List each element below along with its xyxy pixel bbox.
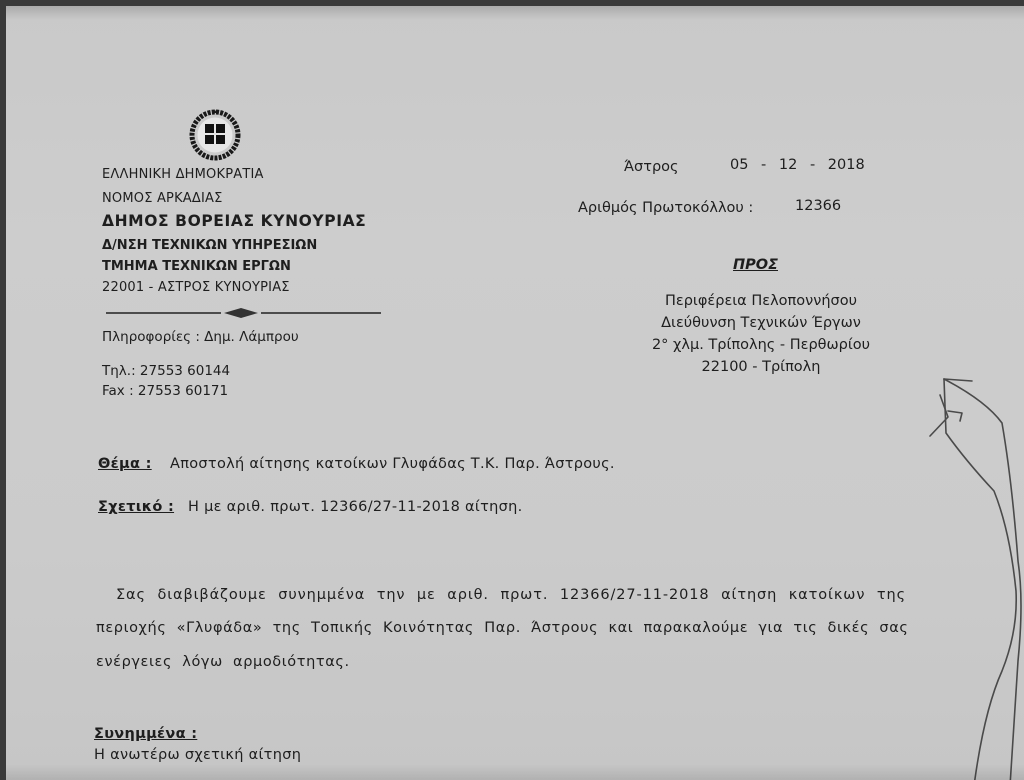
header-municipality: ΔΗΜΟΣ ΒΟΡΕΙΑΣ ΚΥΝΟΥΡΙΑΣ — [102, 212, 366, 230]
body-line: Σας διαβιβάζουμε συνημμένα την με αριθ. … — [116, 587, 906, 603]
header-directorate: Δ/ΝΣΗ ΤΕΧΝΙΚΩΝ ΥΠΗΡΕΣΙΩΝ — [102, 238, 317, 253]
fax-number: Fax : 27553 60171 — [102, 383, 228, 399]
body-line: περιοχής «Γλυφάδα» της Τοπικής Κοινότητα… — [96, 620, 909, 636]
attachments-label: Συνημμένα : — [94, 726, 197, 742]
recipient-line: Διεύθυνση Τεχνικών Έργων — [611, 315, 911, 331]
recipient-line: 22100 - Τρίπολη — [611, 359, 911, 375]
place: Άστρος — [624, 159, 679, 175]
greek-state-emblem-icon — [188, 108, 242, 162]
body-line: ενέργειες λόγω αρμοδιότητας. — [96, 654, 350, 670]
phone-number: Τηλ.: 27553 60144 — [102, 363, 230, 379]
reference-text: Η με αριθ. πρωτ. 12366/27-11-2018 αίτηση… — [188, 499, 523, 515]
protocol-number: 12366 — [795, 198, 841, 214]
subject-text: Αποστολή αίτησης κατοίκων Γλυφάδας Τ.Κ. … — [170, 456, 615, 472]
hand-drawn-arrow-icon — [906, 361, 1024, 780]
recipient-heading: ΠΡΟΣ — [733, 257, 778, 273]
subject-label: Θέμα : — [98, 456, 152, 472]
header-country: ΕΛΛΗΝΙΚΗ ΔΗΜΟΚΡΑΤΙΑ — [102, 167, 264, 182]
date: 05 - 12 - 2018 — [730, 157, 865, 173]
protocol-label: Αριθμός Πρωτοκόλλου : — [578, 200, 753, 216]
recipient-line: Περιφέρεια Πελοποννήσου — [611, 293, 911, 309]
recipient-line: 2° χλμ. Τρίπολης - Περθωρίου — [611, 337, 911, 353]
document-page: ΕΛΛΗΝΙΚΗ ΔΗΜΟΚΡΑΤΙΑ ΝΟΜΟΣ ΑΡΚΑΔΙΑΣ ΔΗΜΟΣ… — [6, 6, 1024, 780]
header-prefecture: ΝΟΜΟΣ ΑΡΚΑΔΙΑΣ — [102, 191, 223, 206]
page-fold-shadow — [6, 764, 1024, 780]
info-contact: Πληροφορίες : Δημ. Λάμπρου — [102, 329, 299, 345]
header-department: ΤΜΗΜΑ ΤΕΧΝΙΚΩΝ ΕΡΓΩΝ — [102, 259, 291, 274]
reference-label: Σχετικό : — [98, 499, 174, 515]
header-address: 22001 - ΑΣΤΡΟΣ ΚΥΝΟΥΡΙΑΣ — [102, 280, 290, 295]
header-divider — [106, 307, 381, 319]
attachment-item: Η ανωτέρω σχετική αίτηση — [94, 747, 301, 763]
